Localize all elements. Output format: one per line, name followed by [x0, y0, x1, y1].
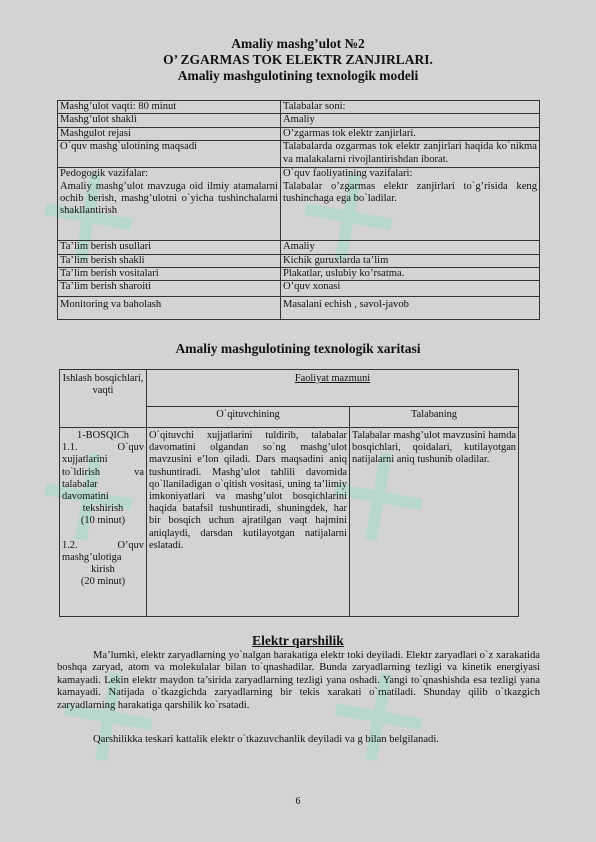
- learning-tasks-title: O`quv faoliyatining vazifalari:: [283, 168, 537, 180]
- row-value: Talabalar soni:: [281, 101, 540, 114]
- row-label: O`quv mashg`ulotining maqsadi: [58, 141, 281, 168]
- stage-step-2-time: (20 minut): [62, 576, 144, 588]
- row-label: Ta’lim berish vositalari: [58, 268, 281, 281]
- row-value: Amaliy: [281, 241, 540, 254]
- table-row: Ta’lim berish sharoiti O’quv xonasi: [58, 281, 540, 297]
- stages-header: Ishlash bosqichlari, vaqti: [60, 370, 147, 428]
- row-label: Ta’lim berish usullari: [58, 241, 281, 254]
- row-label: Pedogogik vazifalar: Amaliy mashg’ulot m…: [58, 168, 281, 241]
- stage-step-2: 1.2. O’quv mashg’ulotiga kirish: [62, 540, 144, 577]
- pedagogical-tasks-text: Amaliy mashg’ulot mavzuga oid ilmiy atam…: [60, 181, 278, 218]
- row-value: Amaliy: [281, 114, 540, 127]
- row-label: Ta’lim berish sharoiti: [58, 281, 281, 297]
- technology-map-table: Ishlash bosqichlari, vaqti Faoliyat mazm…: [59, 369, 519, 617]
- table-row: Ta’lim berish shakli Kichik guruxlarda t…: [58, 254, 540, 267]
- teacher-header: O`qituvchining: [147, 407, 350, 428]
- technology-model-table: Mashg’ulot vaqti: 80 minut Talabalar son…: [57, 100, 540, 320]
- topic-title: O’ ZGARMAS TOK ELEKTR ZANJIRLARI.: [0, 52, 596, 68]
- table-row: Ta’lim berish usullari Amaliy: [58, 241, 540, 254]
- table-row: Mashg’ulot shakli Amaliy: [58, 114, 540, 127]
- stage-title: 1-BOSQICh: [62, 430, 144, 442]
- row-value: Kichik guruxlarda ta’lim: [281, 254, 540, 267]
- learning-tasks-text: Talabalar o’zgarmas elektr zanjirlari to…: [283, 181, 537, 206]
- row-value: O`quv faoliyatining vazifalari: Talabala…: [281, 168, 540, 241]
- row-label: Mashgulot rejasi: [58, 127, 281, 140]
- table-row: Mashg’ulot vaqti: 80 minut Talabalar son…: [58, 101, 540, 114]
- table-row: O`quv mashg`ulotining maqsadi Talabalard…: [58, 141, 540, 168]
- row-value: O’quv xonasi: [281, 281, 540, 297]
- page-number: 6: [0, 796, 596, 807]
- paragraph-1: Ma’lumki, elektr zaryadlarning yo`nalgan…: [57, 650, 540, 712]
- row-value: Talabalarda ozgarmas tok elektr zanjirla…: [281, 141, 540, 168]
- table-row: Monitoring va baholash Masalani echish ,…: [58, 297, 540, 320]
- row-label: Mashg’ulot shakli: [58, 114, 281, 127]
- table-row: Ta’lim berish vositalari Plakatlar, uslu…: [58, 268, 540, 281]
- document-header: Amaliy mashg’ulot №2 O’ ZGARMAS TOK ELEK…: [0, 36, 596, 84]
- map-title: Amaliy mashgulotining texnologik xaritas…: [0, 341, 596, 357]
- table-header-row: Ishlash bosqichlari, vaqti Faoliyat mazm…: [60, 370, 519, 407]
- row-label: Mashg’ulot vaqti: 80 minut: [58, 101, 281, 114]
- paragraph-2: Qarshilikka teskari kattalik elektr o`tk…: [57, 734, 540, 746]
- row-value: O’zgarmas tok elektr zanjirlari.: [281, 127, 540, 140]
- row-value: Masalani echish , savol-javob: [281, 297, 540, 320]
- row-label: Ta’lim berish shakli: [58, 254, 281, 267]
- row-label: Monitoring va baholash: [58, 297, 281, 320]
- stage-cell: 1-BOSQICh 1.1. O`quv xujjatlarini to`ldi…: [60, 428, 147, 617]
- activity-header: Faoliyat mazmuni: [147, 370, 519, 407]
- table-row: 1-BOSQICh 1.1. O`quv xujjatlarini to`ldi…: [60, 428, 519, 617]
- student-header: Talabaning: [350, 407, 519, 428]
- stage-step-1: 1.1. O`quv xujjatlarini to`ldirish va ta…: [62, 442, 144, 515]
- pedagogical-tasks-title: Pedogogik vazifalar:: [60, 168, 278, 180]
- section-title: Elektr qarshilik: [0, 633, 596, 649]
- table-row: Mashgulot rejasi O’zgarmas tok elektr za…: [58, 127, 540, 140]
- stage-step-1-time: (10 minut): [62, 515, 144, 527]
- row-value: Plakatlar, uslubiy ko’rsatma.: [281, 268, 540, 281]
- model-title: Amaliy mashgulotining texnologik modeli: [0, 68, 596, 84]
- table-row: Pedogogik vazifalar: Amaliy mashg’ulot m…: [58, 168, 540, 241]
- student-activity: Talabalar mashg’ulot mavzusini hamda bos…: [350, 428, 519, 617]
- activity-header-label: Faoliyat mazmuni: [295, 373, 370, 384]
- teacher-activity: O`qituvchi xujjatlarini tuldirib, talaba…: [147, 428, 350, 617]
- lesson-number: Amaliy mashg’ulot №2: [0, 36, 596, 52]
